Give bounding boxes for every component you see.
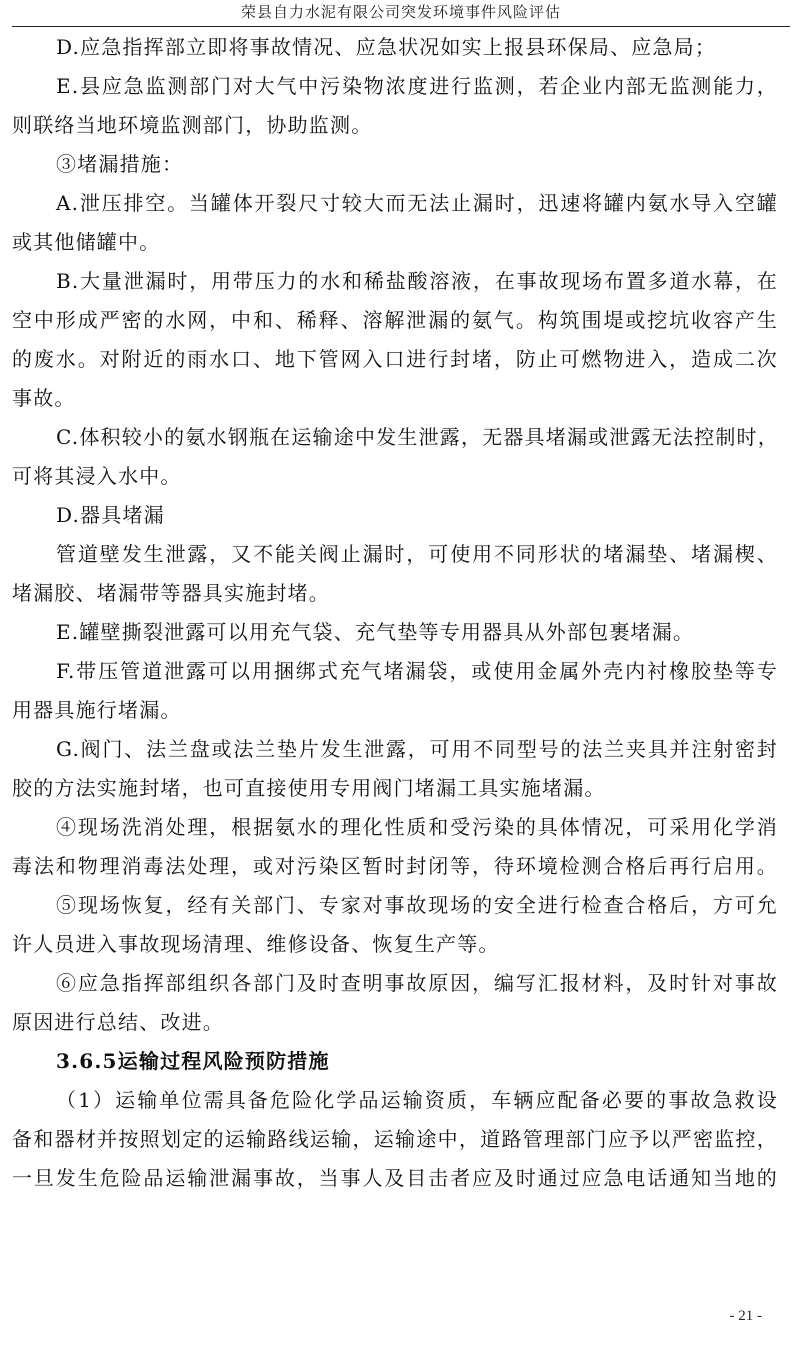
paragraph-line: 原因进行总结、改进。 [12,1003,778,1042]
paragraph-line: B.大量泄漏时，用带压力的水和稀盐酸溶液，在事故现场布置多道水幕，在 [12,262,778,301]
paragraph-line: ⑥应急指挥部组织各部门及时查明事故原因，编写汇报材料，及时针对事故 [12,964,778,1003]
paragraph-line: 则联络当地环境监测部门，协助监测。 [12,106,778,145]
paragraph-line: ④现场洗消处理，根据氨水的理化性质和受污染的具体情况，可采用化学消 [12,808,778,847]
paragraph-line: G.阀门、法兰盘或法兰垫片发生泄露，可用不同型号的法兰夹具并注射密封 [12,730,778,769]
paragraph-line: C.体积较小的氨水钢瓶在运输途中发生泄露，无器具堵漏或泄露无法控制时， [12,418,778,457]
page-body: D.应急指挥部立即将事故情况、应急状况如实上报县环保局、应急局； E.县应急监测… [12,28,778,1198]
subsection-label: ③堵漏措施： [12,145,778,184]
paragraph-line: ⑤现场恢复，经有关部门、专家对事故现场的安全进行检查合格后，方可允 [12,886,778,925]
paragraph-line: 事故。 [12,379,778,418]
paragraph-line: E.县应急监测部门对大气中污染物浓度进行监测，若企业内部无监测能力， [12,67,778,106]
paragraph-line: 空中形成严密的水网，中和、稀释、溶解泄漏的氨气。构筑围堤或挖坑收容产生 [12,301,778,340]
paragraph-line: 胶的方法实施封堵，也可直接使用专用阀门堵漏工具实施堵漏。 [12,769,778,808]
paragraph-line: 的废水。对附近的雨水口、地下管网入口进行封堵，防止可燃物进入，造成二次 [12,340,778,379]
paragraph-line: 一旦发生危险品运输泄漏事故，当事人及目击者应及时通过应急电话通知当地的 [12,1159,778,1198]
paragraph-line: 堵漏胶、堵漏带等器具实施封堵。 [12,574,778,613]
page-number: - 21 - [730,1308,763,1325]
section-heading: 3.6.5运输过程风险预防措施 [12,1042,778,1081]
paragraph-line: 可将其浸入水中。 [12,457,778,496]
paragraph-line: 毒法和物理消毒法处理，或对污染区暂时封闭等，待环境检测合格后再行启用。 [12,847,778,886]
paragraph-line: E.罐壁撕裂泄露可以用充气袋、充气垫等专用器具从外部包裹堵漏。 [12,613,778,652]
paragraph-line: 备和器材并按照划定的运输路线运输，运输途中，道路管理部门应予以严密监控， [12,1120,778,1159]
paragraph-line: D.应急指挥部立即将事故情况、应急状况如实上报县环保局、应急局； [12,28,778,67]
document-title: 荣县自力水泥有限公司突发环境事件风险评估 [241,3,561,21]
paragraph-line: 管道壁发生泄露，又不能关阀止漏时，可使用不同形状的堵漏垫、堵漏楔、 [12,535,778,574]
paragraph-line: 许人员进入事故现场清理、维修设备、恢复生产等。 [12,925,778,964]
paragraph-line: 或其他储罐中。 [12,223,778,262]
paragraph-line: A.泄压排空。当罐体开裂尺寸较大而无法止漏时，迅速将罐内氨水导入空罐 [12,184,778,223]
paragraph-line: 用器具施行堵漏。 [12,691,778,730]
paragraph-line: （1）运输单位需具备危险化学品运输资质，车辆应配备必要的事故急救设 [12,1081,778,1120]
paragraph-line: D.器具堵漏 [12,496,778,535]
paragraph-line: F.带压管道泄露可以用捆绑式充气堵漏袋，或使用金属外壳内衬橡胶垫等专 [12,652,778,691]
running-header: 荣县自力水泥有限公司突发环境事件风险评估 [12,0,790,27]
